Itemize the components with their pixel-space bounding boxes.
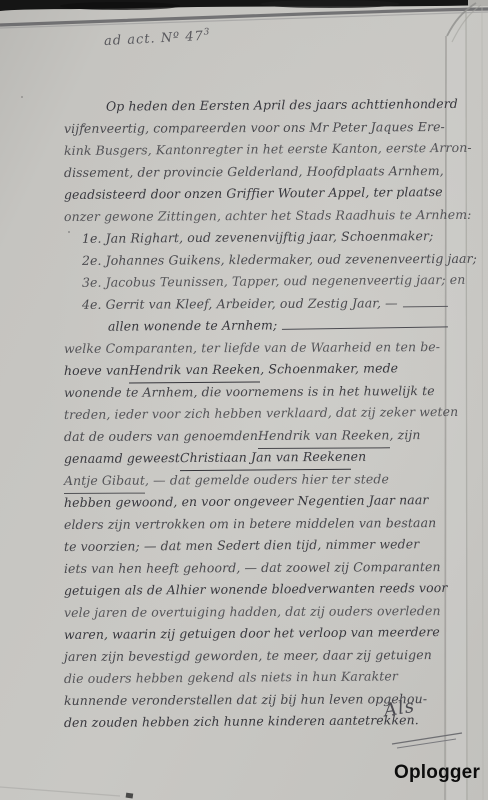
handwritten-text: dissement, der provincie Gelderland, Hoo… [64,160,444,184]
handwritten-text: wonende te Arnhem, die voornemens is in … [64,380,435,404]
manuscript-line: geadsisteerd door onzen Griffier Wouter … [64,181,450,206]
underlined-name: Christiaan Jan van Reeken [180,446,351,471]
manuscript-line: hoeve van Hendrik van Reeken, Schoenmake… [64,357,450,382]
archival-reference-note: ad act. Nº 473 [104,27,211,49]
handwritten-text: kunnende veronderstellen dat zij bij hun… [64,688,427,712]
handwritten-text: , — dat gemelde ouders hier ter stede [145,468,389,491]
manuscript-line: welke Comparanten, ter liefde van de Waa… [64,336,450,360]
manuscript-line: 3e. Jacobus Teunissen, Tapper, oud negen… [64,269,450,294]
signature-flourish [392,733,462,744]
manuscript-line: elders zijn vertrokken om in betere midd… [64,512,450,536]
handwritten-text: Op heden den Eersten April des jaars ach… [106,93,458,118]
handwritten-text: den zouden hebben zich hunne kinderen aa… [64,709,419,734]
manuscript-body: Op heden den Eersten April des jaars ach… [64,96,450,734]
manuscript-line: vijfenveertig, compareerden voor ons Mr … [64,116,450,140]
manuscript-line: Antje Gibaut, — dat gemelde ouders hier … [64,468,450,492]
handwritten-text: , Schoenmaker, mede [260,357,398,380]
inked-rule [282,326,448,329]
manuscript-line: vele jaren de overtuiging hadden, dat zi… [64,600,450,624]
handwritten-text: waren, waarin zij getuigen door het verl… [64,621,440,646]
handwritten-text: allen wonende te Arnhem; [108,314,277,337]
manuscript-line: hebben gewoond, en voor ongeveer Negenti… [64,489,450,514]
manuscript-line: 2e. Johannes Guikens, kledermaker, oud z… [64,248,450,272]
handwritten-text: dat de ouders van genoemden [64,425,258,448]
manuscript-line: getuigen als de Alhier wonende bloedverw… [64,577,450,602]
manuscript-line: Op heden den Eersten April des jaars ach… [64,93,450,118]
manuscript-line: jaren zijn bevestigd geworden, te meer, … [64,644,450,668]
handwritten-text: te voorzien; — dat men Sedert dien tijd,… [64,533,420,558]
handwritten-text: getuigen als de Alhier wonende bloedverw… [64,577,448,602]
fold-line [466,10,467,800]
oplogger-watermark: Oplogger [394,762,480,784]
handwritten-text: vijfenveertig, compareerden voor ons Mr … [64,116,445,140]
shadow-crease [0,9,488,25]
underlined-name: Hendrik van Reeken [129,358,261,383]
manuscript-line: dat de ouders van genoemden Hendrik van … [64,424,450,448]
reference-superscript: 3 [203,27,210,37]
handwritten-text: hebben gewoond, en voor ongeveer Negenti… [64,489,429,514]
handwritten-text: , zijn [389,424,420,446]
handwritten-text: vele jaren de overtuiging hadden, dat zi… [64,600,441,624]
manuscript-line: dissement, der provincie Gelderland, Hoo… [64,160,450,184]
manuscript-line: kink Busgers, Kantonregter in het eerste… [64,137,450,162]
handwritten-text: 1e. Jan Righart, oud zevenenvijftig jaar… [82,225,434,250]
scanned-document-page: ad act. Nº 473 Op heden den Eersten Apri… [0,0,488,800]
handwritten-text: kink Busgers, Kantonregter in het eerste… [64,137,472,162]
handwritten-text: treden, ieder voor zich hebben verklaard… [64,401,459,426]
handwritten-text: jaren zijn bevestigd geworden, te meer, … [64,644,432,668]
inked-rule [403,306,448,308]
handwritten-text: iets van hen heeft gehoord, — dat zoowel… [64,556,441,580]
manuscript-line: die ouders hebben gekend als niets in hu… [64,665,450,690]
manuscript-line: te voorzien; — dat men Sedert dien tijd,… [64,533,450,558]
manuscript-line: allen wonende te Arnhem; [64,313,450,338]
corner-curl [447,3,476,36]
handwritten-text: 4e. Gerrit van Kleef, Arbeider, oud Zest… [82,292,398,316]
handwritten-text: die ouders hebben gekend als niets in hu… [64,665,398,690]
handwritten-text: elders zijn vertrokken om in betere midd… [64,512,436,536]
manuscript-line: 4e. Gerrit van Kleef, Arbeider, oud Zest… [64,292,450,316]
handwritten-text: 3e. Jacobus Teunissen, Tapper, oud negen… [82,269,466,294]
manuscript-line: wonende te Arnhem, die voornemens is in … [64,380,450,404]
handwritten-text: welke Comparanten, ter liefde van de Waa… [64,336,440,360]
manuscript-line: onzer gewone Zittingen, achter het Stads… [64,204,450,228]
manuscript-line: waren, waarin zij getuigen door het verl… [64,621,450,646]
manuscript-line: 1e. Jan Righart, oud zevenenvijftig jaar… [64,225,450,250]
top-edge-band [0,0,488,11]
signature-flourish [397,739,456,748]
manuscript-line: iets van hen heeft gehoord, — dat zoowel… [64,556,450,580]
manuscript-line: treden, ieder voor zich hebben verklaard… [64,401,450,426]
reference-text: ad act. Nº 47 [104,29,205,49]
handwritten-text: geadsisteerd door onzen Griffier Wouter … [64,181,443,206]
underlined-name: Antje Gibaut [64,470,145,494]
handwritten-text: en [351,446,367,468]
manuscript-line: genaamd geweest Christiaan Jan van Reeke… [64,445,450,470]
handwritten-text: hoeve van [64,359,129,382]
handwritten-text: genaamd geweest [64,447,180,470]
